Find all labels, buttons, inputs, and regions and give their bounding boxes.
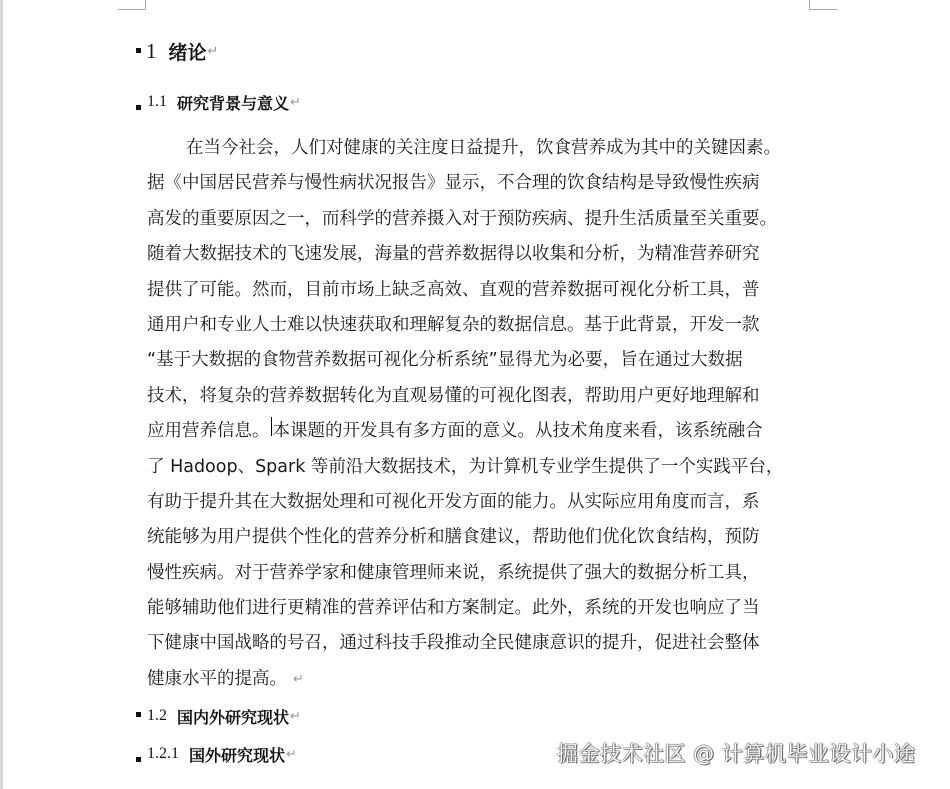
list-bullet-icon <box>136 48 141 53</box>
text-line-with-caret: 应用营养信息。本课题的开发具有多方面的意义。从技术角度来看，该系统融合 <box>147 417 809 452</box>
paragraph-mark-icon: ↵ <box>286 747 297 762</box>
text-line: “基于大数据的食物营养数据可视化分析系统”显得尤为必要，旨在通过大数据 <box>147 346 809 381</box>
text-line: 随着大数据技术的飞速发展，海量的营养数据得以收集和分析，为精准营养研究 <box>147 240 809 275</box>
heading-1-2[interactable]: 1.2 国内外研究现状 ↵ <box>136 704 301 728</box>
heading-title: 研究背景与意义 <box>177 91 289 114</box>
heading-1-2-1[interactable]: 1.2.1 国外研究现状 ↵ <box>136 742 297 766</box>
text-line: 能够辅助他们进行更精准的营养评估和方案制定。此外，系统的开发也响应了当 <box>147 594 809 629</box>
watermark: 掘金技术社区 @ 计算机毕业设计小途 <box>557 738 915 768</box>
text-line: 据《中国居民营养与慢性病状况报告》显示，不合理的饮食结构是导致慢性疾病 <box>147 169 809 204</box>
text-line: 有助于提升其在大数据处理和可视化开发方面的能力。从实际应用角度而言，系 <box>147 488 809 523</box>
heading-1-1[interactable]: 1.1 研究背景与意义 ↵ <box>136 90 301 114</box>
text-line: 慢性疾病。对于营养学家和健康管理师来说，系统提供了强大的数据分析工具， <box>147 559 809 594</box>
list-bullet-icon <box>136 757 141 762</box>
heading-title: 国内外研究现状 <box>177 705 289 728</box>
paragraph-mark-icon: ↵ <box>290 95 301 110</box>
heading-number: 1.2.1 <box>147 745 179 763</box>
page-corner-mark-top-right <box>809 0 837 10</box>
paragraph-mark-icon: ↵ <box>290 709 301 724</box>
text-line: 技术，将复杂的营养数据转化为直观易懂的可视化图表，帮助用户更好地理解和 <box>147 382 809 417</box>
text-line: 通用户和专业人士难以快速获取和理解复杂的数据信息。基于此背景，开发一款 <box>147 311 809 346</box>
window-left-edge <box>0 0 3 789</box>
text-line: 统能够为用户提供个性化的营养分析和膳食建议，帮助他们优化饮食结构，预防 <box>147 523 809 558</box>
text-cursor <box>271 417 272 436</box>
list-bullet-icon <box>136 105 141 110</box>
heading-title: 绪论 <box>169 38 207 65</box>
page-corner-mark-top-left <box>118 0 146 10</box>
body-paragraph[interactable]: 在当今社会，人们对健康的关注度日益提升，饮食营养成为其中的关键因素。 据《中国居… <box>147 134 809 700</box>
heading-1[interactable]: 1 绪论 ↵ <box>136 36 218 66</box>
text-line: 了 Hadoop、Spark 等前沿大数据技术，为计算机专业学生提供了一个实践平… <box>147 453 809 488</box>
heading-number: 1.2 <box>147 707 167 725</box>
text-line: 健康水平的提高。↵ <box>147 665 809 700</box>
heading-title: 国外研究现状 <box>189 743 285 766</box>
text-line: 高发的重要原因之一，而科学的营养摄入对于预防疾病、提升生活质量至关重要。 <box>147 205 809 240</box>
paragraph-mark-icon: ↵ <box>293 665 304 700</box>
paragraph-mark-icon: ↵ <box>208 44 219 59</box>
list-bullet-icon <box>136 712 141 717</box>
text-line: 下健康中国战略的号召，通过科技手段推动全民健康意识的提升，促进社会整体 <box>147 629 809 664</box>
text-line: 提供了可能。然而，目前市场上缺乏高效、直观的营养数据可视化分析工具，普 <box>147 276 809 311</box>
text-line: 在当今社会，人们对健康的关注度日益提升，饮食营养成为其中的关键因素。 <box>147 134 809 169</box>
heading-number: 1.1 <box>147 93 167 111</box>
heading-number: 1 <box>146 39 157 64</box>
